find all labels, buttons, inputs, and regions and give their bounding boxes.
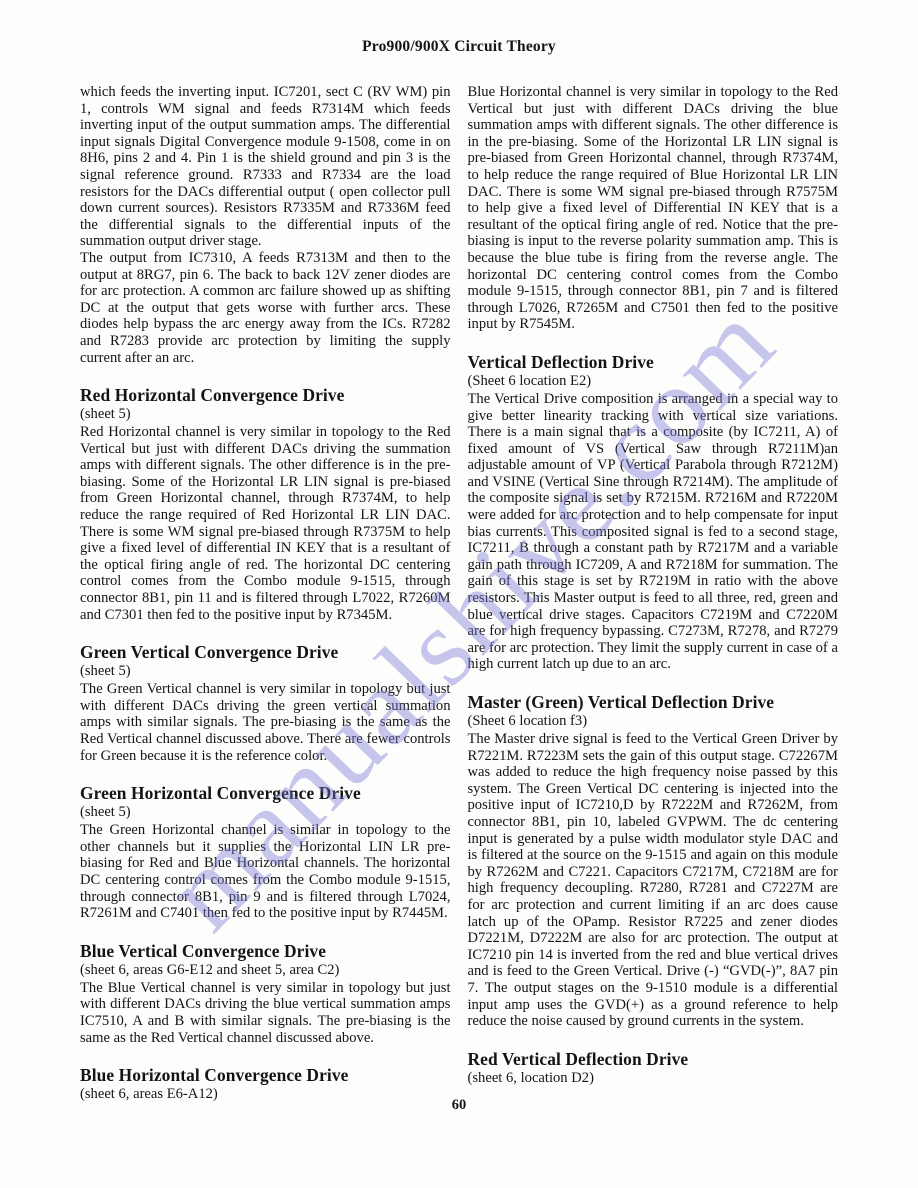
section-heading: Master (Green) Vertical Deflection Drive: [468, 692, 839, 712]
paragraph: The Master drive signal is feed to the V…: [468, 731, 839, 1030]
paragraph: The Blue Vertical channel is very simila…: [80, 980, 451, 1046]
section-heading: Red Vertical Deflection Drive: [468, 1049, 839, 1069]
section-subtitle: (Sheet 6 location f3): [468, 713, 839, 730]
left-column: which feeds the inverting input. IC7201,…: [80, 84, 451, 1104]
page-header-title: Pro900/900X Circuit Theory: [0, 0, 918, 56]
section-heading: Blue Horizontal Convergence Drive: [80, 1065, 451, 1085]
section-heading: Green Horizontal Convergence Drive: [80, 783, 451, 803]
right-column: Blue Horizontal channel is very similar …: [468, 84, 839, 1104]
paragraph: Red Horizontal channel is very similar i…: [80, 424, 451, 623]
two-column-layout: which feeds the inverting input. IC7201,…: [0, 56, 918, 1104]
section-heading: Green Vertical Convergence Drive: [80, 642, 451, 662]
paragraph: Blue Horizontal channel is very similar …: [468, 84, 839, 333]
section-subtitle: (sheet 6, areas G6-E12 and sheet 5, area…: [80, 962, 451, 979]
section-heading: Blue Vertical Convergence Drive: [80, 941, 451, 961]
paragraph: The Vertical Drive composition is arrang…: [468, 391, 839, 673]
section-subtitle: (Sheet 6 location E2): [468, 373, 839, 390]
section-heading: Vertical Deflection Drive: [468, 352, 839, 372]
section-subtitle: (sheet 5): [80, 663, 451, 680]
paragraph: which feeds the inverting input. IC7201,…: [80, 84, 451, 250]
section-subtitle: (sheet 6, location D2): [468, 1070, 839, 1087]
section-subtitle: (sheet 5): [80, 406, 451, 423]
document-page: Pro900/900X Circuit Theory which feeds t…: [0, 0, 918, 1188]
page-number: 60: [0, 1097, 918, 1114]
paragraph: The Green Vertical channel is very simil…: [80, 681, 451, 764]
paragraph: The output from IC7310, A feeds R7313M a…: [80, 250, 451, 366]
section-subtitle: (sheet 5): [80, 804, 451, 821]
paragraph: The Green Horizontal channel is similar …: [80, 822, 451, 922]
section-heading: Red Horizontal Convergence Drive: [80, 385, 451, 405]
